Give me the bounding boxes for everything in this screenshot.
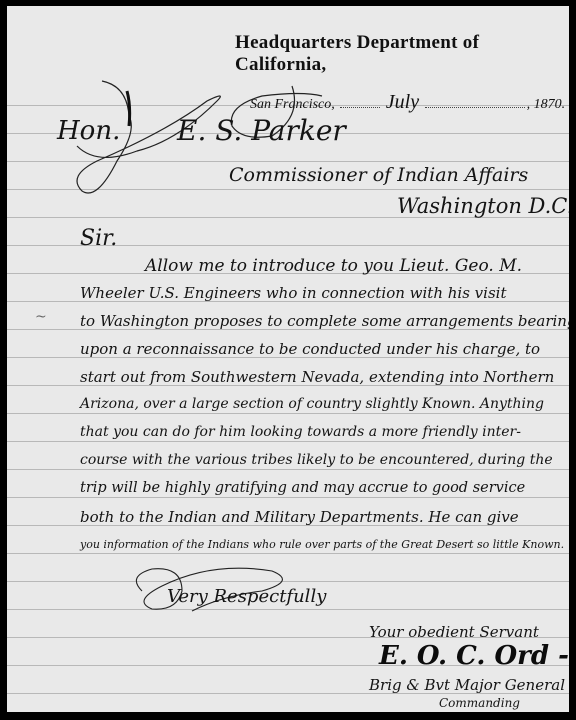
letterhead-title: Headquarters Department of California, [235,32,569,76]
ruled-line [7,469,569,470]
body-line: Allow me to introduce to you Lieut. Geo.… [145,256,522,276]
body-line: Wheeler U.S. Engineers who in connection… [80,284,506,302]
signer-role: Commanding [439,696,520,710]
body-line: Arizona, over a large section of country… [80,396,544,412]
ruled-line [7,497,569,498]
ruled-line [7,413,569,414]
body-line: trip will be highly gratifying and may a… [80,480,525,496]
closing: Very Respectfully [167,586,326,607]
letter-page: Headquarters Department of California, S… [7,6,569,712]
complimentary-close: Your obedient Servant [369,623,539,641]
honorific: Hon. [57,116,120,146]
body-line: start out from Southwestern Nevada, exte… [80,368,554,386]
body-line: you information of the Indians who rule … [80,538,564,551]
signature: E. O. C. Ord - [379,641,569,671]
signer-rank: Brig & Bvt Major General [369,676,565,694]
greeting: Sir. [80,226,117,251]
body-line: both to the Indian and Military Departme… [80,508,519,526]
recipient-title: Commissioner of Indian Affairs [229,164,528,186]
body-line: upon a reconnaissance to be conducted un… [80,340,540,358]
margin-mark: ~ [35,309,47,325]
recipient-name: E. S. Parker [177,114,346,147]
recipient-location: Washington D.C. [397,194,569,218]
body-line: to Washington proposes to complete some … [80,312,569,330]
month: July [386,91,419,113]
body-line: course with the various tribes likely to… [80,452,553,468]
year: 1870. [534,97,566,112]
body-line: that you can do for him looking towards … [80,424,521,440]
ruled-line [7,441,569,442]
